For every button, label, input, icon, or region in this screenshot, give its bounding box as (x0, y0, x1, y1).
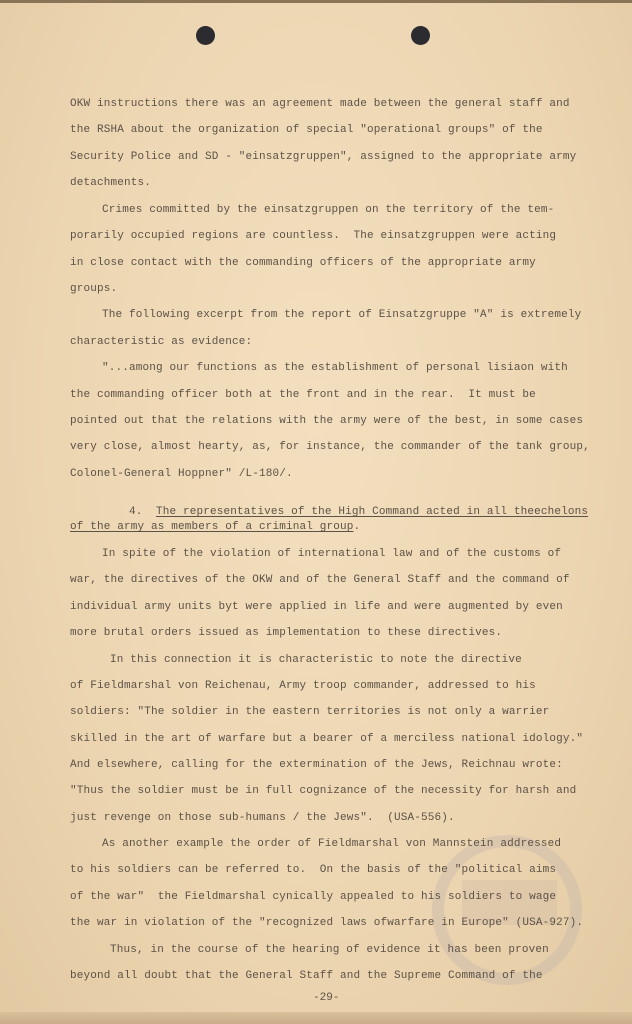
text-line: to his soldiers can be referred to. On t… (70, 864, 556, 876)
text-line: Crimes committed by the einsatzgruppen o… (102, 204, 554, 216)
punch-hole-left-icon (196, 26, 215, 45)
text-line: individual army units byt were applied i… (70, 601, 563, 613)
text-line: more brutal orders issued as implementat… (70, 627, 502, 639)
text-line: beyond all doubt that the General Staff … (70, 970, 543, 982)
text-line: OKW instructions there was an agreement … (70, 98, 570, 110)
text-line: And elsewhere, calling for the extermina… (70, 759, 563, 771)
text-line: the RSHA about the organization of speci… (70, 124, 543, 136)
text-line: The following excerpt from the report of… (102, 309, 581, 321)
text-line: In this connection it is characteristic … (110, 654, 522, 666)
text-line: of the war" the Fieldmarshal cynically a… (70, 891, 556, 903)
text-line: characteristic as evidence: (70, 336, 252, 348)
text-line: skilled in the art of warfare but a bear… (70, 733, 583, 745)
text-line: detachments. (70, 177, 151, 189)
text-line: of Fieldmarshal von Reichenau, Army troo… (70, 680, 536, 692)
text-line: Security Police and SD - "einsatzgruppen… (70, 151, 576, 163)
section-number: 4. (129, 506, 143, 518)
page-bottom-edge (0, 1012, 632, 1024)
page-top-edge (0, 0, 632, 3)
section-heading-text: The representatives of the High Command … (156, 506, 588, 518)
text-line: soldiers: "The soldier in the eastern te… (70, 706, 549, 718)
section-heading-line-2: of the army as members of a criminal gro… (70, 521, 360, 533)
text-line: In spite of the violation of internation… (102, 548, 561, 560)
text-line: pointed out that the relations with the … (70, 415, 583, 427)
text-line: As another example the order of Fieldmar… (102, 838, 561, 850)
text-line: Thus, in the course of the hearing of ev… (110, 944, 549, 956)
text-line: in close contact with the commanding off… (70, 257, 536, 269)
text-line: the commanding officer both at the front… (70, 389, 536, 401)
section-heading-text-2: of the army as members of a criminal gro… (70, 521, 354, 533)
text-line: "...among our functions as the establish… (102, 362, 568, 374)
text-line: groups. (70, 283, 117, 295)
text-line: porarily occupied regions are countless.… (70, 230, 556, 242)
text-line: "Thus the soldier must be in full cogniz… (70, 785, 576, 797)
text-line: just revenge on those sub-humans / the J… (70, 812, 455, 824)
heading-period: . (354, 521, 361, 533)
text-line: war, the directives of the OKW and of th… (70, 574, 570, 586)
page-number: -29- (313, 992, 339, 1004)
text-line: very close, almost hearty, as, for insta… (70, 441, 590, 453)
text-line: Colonel-General Hoppner" /L-180/. (70, 468, 293, 480)
text-line: the war in violation of the "recognized … (70, 917, 583, 929)
punch-hole-right-icon (411, 26, 430, 45)
